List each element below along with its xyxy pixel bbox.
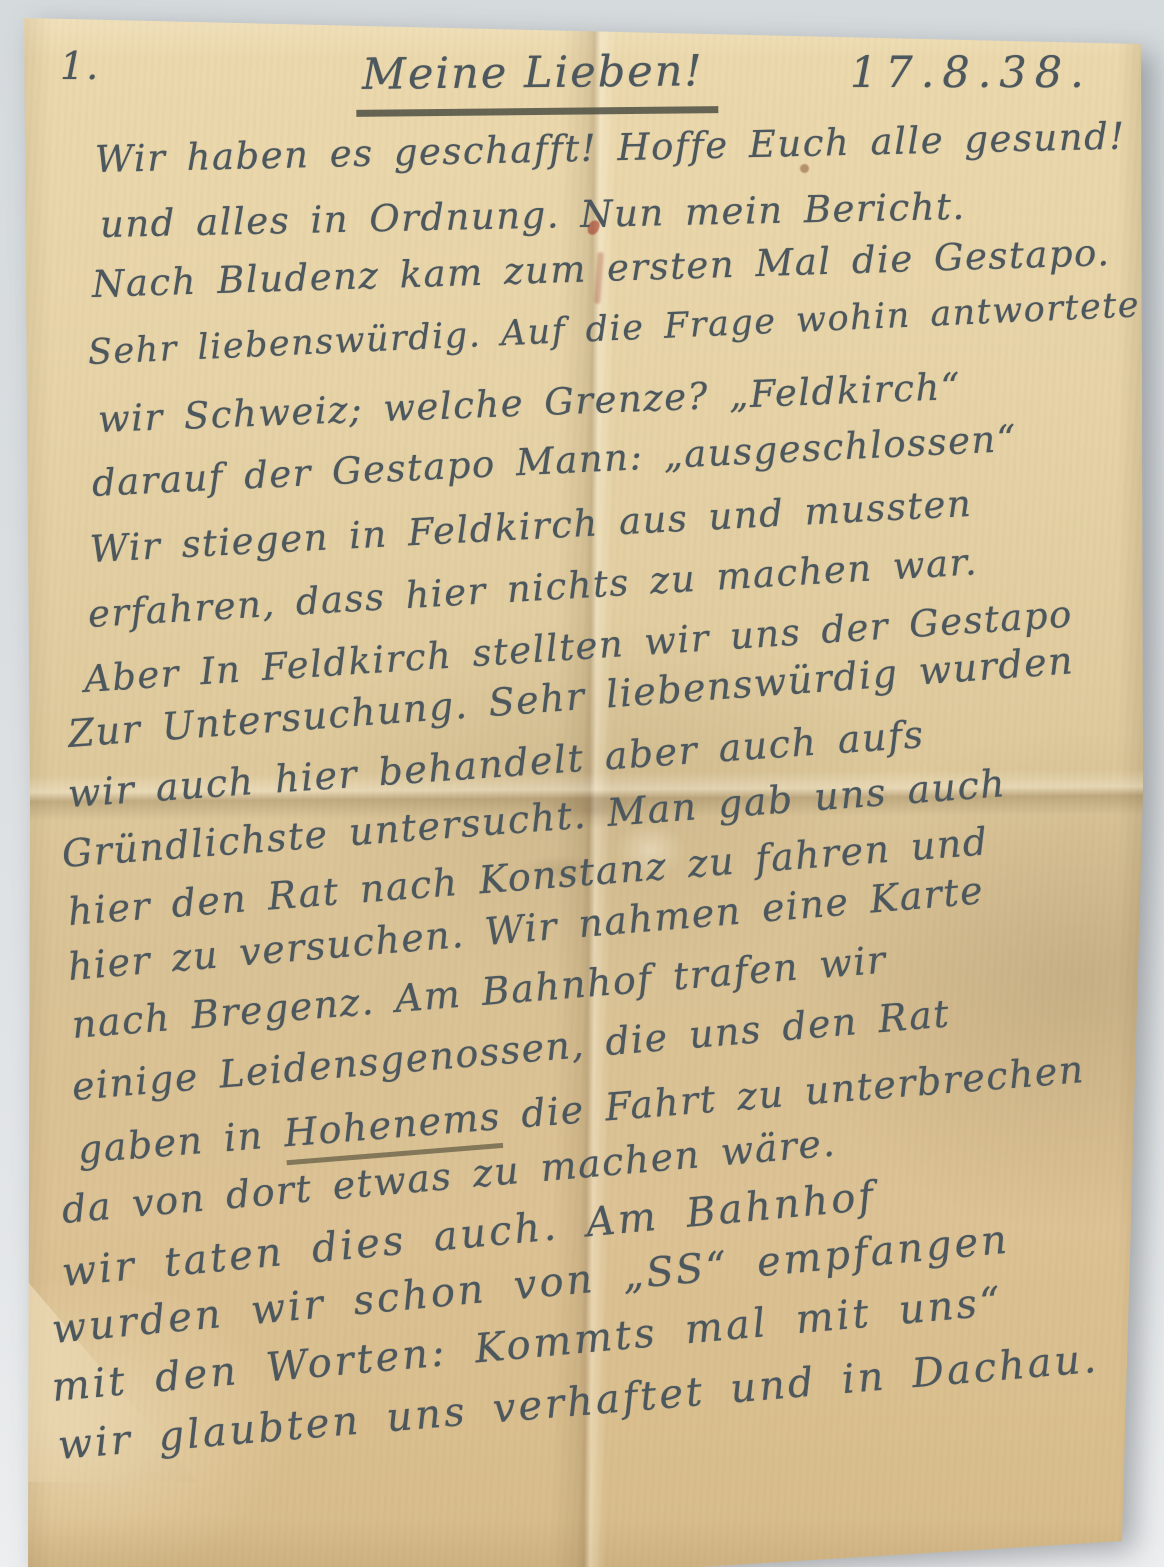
letter-date: 17.8.38. xyxy=(850,48,1092,98)
page-number: 1. xyxy=(60,44,100,88)
photo-of-letter: 1. Meine Lieben! 17.8.38. Wir haben es g… xyxy=(0,0,1164,1567)
letter-line: Wir haben es geschafft! Hoffe Euch alle … xyxy=(95,115,1127,181)
ink-stain xyxy=(800,164,809,173)
salutation: Meine Lieben! xyxy=(356,46,718,117)
letter-page: 1. Meine Lieben! 17.8.38. Wir haben es g… xyxy=(0,0,1164,1567)
letter-line: und alles in Ordnung. Nun mein Bericht. xyxy=(100,185,967,246)
paper-shadow-wrapper: 1. Meine Lieben! 17.8.38. Wir haben es g… xyxy=(0,0,1164,1567)
